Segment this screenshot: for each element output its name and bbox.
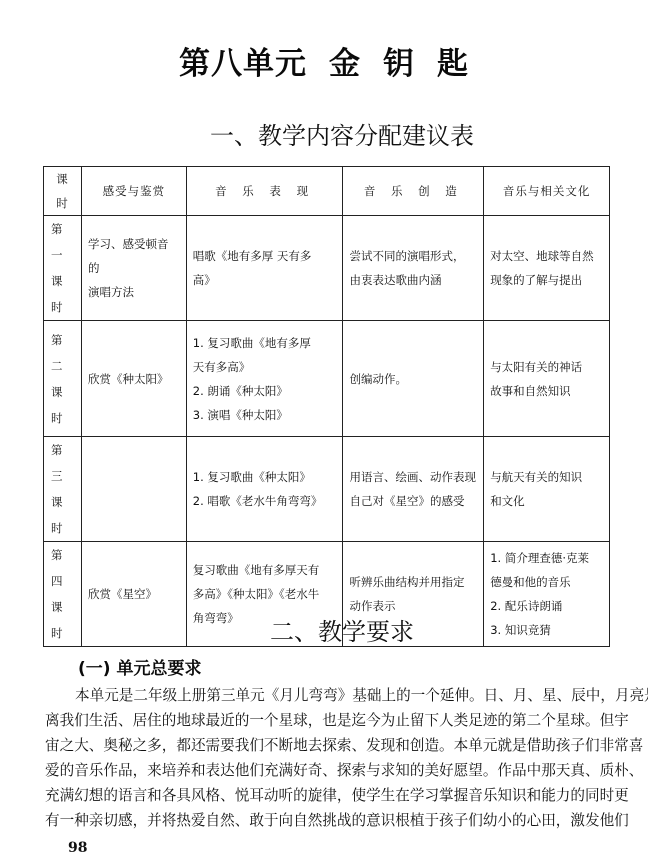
appreciation-cell: 学习、感受顿音的 演唱方法 (81, 216, 186, 321)
cell-line: 尝试不同的演唱形式， (349, 244, 477, 268)
cell-line: 演唱方法 (88, 280, 180, 304)
cell-line: 由衷表达歌曲内涵 (349, 268, 477, 292)
unit-title-char: 匙 (437, 46, 469, 82)
period-char: 二 (51, 353, 75, 379)
period-char: 课 (51, 489, 75, 515)
creation-cell: 尝试不同的演唱形式， 由衷表达歌曲内涵 (343, 216, 484, 321)
period-char: 第 (51, 437, 75, 463)
period-char: 时 (51, 515, 75, 541)
table-row: 第 三 课 时 1. 复习歌曲《种太阳》 2. 唱歌《老水牛角弯弯》 用语言、绘… (44, 437, 610, 542)
page-number: 98 (68, 840, 87, 856)
cell-line: 自己对《星空》的感受 (349, 489, 477, 513)
cell-line: 和文化 (490, 489, 603, 513)
cell-line: 1. 复习歌曲《种太阳》 (193, 465, 337, 489)
creation-cell: 用语言、绘画、动作表现 自己对《星空》的感受 (343, 437, 484, 542)
creation-cell: 创编动作。 (343, 321, 484, 437)
cell-line: 与太阳有关的神话 (490, 355, 603, 379)
column-header-period: 课时 (44, 167, 82, 216)
period-char: 课 (51, 379, 75, 405)
cell-line: 欣赏《种太阳》 (88, 367, 180, 391)
culture-cell: 与航天有关的知识 和文化 (484, 437, 610, 542)
cell-line: 天有多高》 (193, 355, 337, 379)
cell-line: 故事和自然知识 (490, 379, 603, 403)
cell-line: 多高》《种太阳》《老水牛 (193, 582, 337, 606)
cell-line: 现象的了解与提出 (490, 268, 603, 292)
table-row: 第 一 课 时 学习、感受顿音的 演唱方法 唱歌《地有多厚 天有多 高》 尝试不… (44, 216, 610, 321)
cell-line: 与航天有关的知识 (490, 465, 603, 489)
period-cell: 第 二 课 时 (44, 321, 82, 437)
period-char: 时 (51, 294, 75, 320)
paragraph-line: 宙之大、奥秘之多，都还需要我们不断地去探索、发现和创造。本单元就是借助孩子们非常… (45, 733, 613, 758)
cell-line: 2. 朗诵《种太阳》 (193, 379, 337, 403)
performance-cell: 1. 复习歌曲《地有多厚 天有多高》 2. 朗诵《种太阳》 3. 演唱《种太阳》 (186, 321, 343, 437)
column-header-performance: 音 乐 表 现 (186, 167, 343, 216)
body-paragraph: 本单元是二年级上册第三单元《月儿弯弯》基础上的一个延伸。日、月、星、辰中，月亮是… (45, 683, 613, 833)
cell-line: 学习、感受顿音的 (88, 232, 180, 280)
cell-line: 1. 复习歌曲《地有多厚 (193, 331, 337, 355)
cell-line: 1. 简介理查德·克莱 (490, 546, 603, 570)
cell-line: 唱歌《地有多厚 天有多 (193, 244, 337, 268)
column-header-culture: 音乐与相关文化 (484, 167, 610, 216)
column-header-appreciation: 感受与鉴赏 (81, 167, 186, 216)
paragraph-line: 有一种亲切感，并将热爱自然、敢于向自然挑战的意识根植于孩子们幼小的心田，激发他们 (45, 808, 613, 833)
cell-line: 听辨乐曲结构并用指定 (349, 570, 477, 594)
paragraph-line: 爱的音乐作品，来培养和表达他们充满好奇、探索与求知的美好愿望。作品中那天真、质朴… (45, 758, 613, 783)
cell-line: 3. 演唱《种太阳》 (193, 403, 337, 427)
cell-line: 用语言、绘画、动作表现 (349, 465, 477, 489)
table-row: 第 二 课 时 欣赏《种太阳》 1. 复习歌曲《地有多厚 天有多高》 2. 朗诵… (44, 321, 610, 437)
appreciation-cell: 欣赏《种太阳》 (81, 321, 186, 437)
unit-title-char: 钥 (383, 46, 415, 82)
period-char: 课 (51, 268, 75, 294)
lesson-allocation-table: 课时 感受与鉴赏 音 乐 表 现 音 乐 创 造 音乐与相关文化 第 一 课 时… (43, 166, 610, 647)
period-cell: 第 三 课 时 (44, 437, 82, 542)
period-char: 第 (51, 327, 75, 353)
period-char: 三 (51, 463, 75, 489)
performance-cell: 1. 复习歌曲《种太阳》 2. 唱歌《老水牛角弯弯》 (186, 437, 343, 542)
subsection-title-unit-requirements: (一) 单元总要求 (78, 654, 201, 679)
column-header-creation: 音 乐 创 造 (343, 167, 484, 216)
period-char: 时 (51, 405, 75, 431)
period-char: 一 (51, 242, 75, 268)
period-char: 四 (51, 568, 75, 594)
performance-cell: 唱歌《地有多厚 天有多 高》 (186, 216, 343, 321)
section-title-teaching-requirements: 二、教学要求 (18, 612, 648, 647)
section-title-allocation-table: 一、教学内容分配建议表 (18, 116, 648, 151)
cell-line: 2. 唱歌《老水牛角弯弯》 (193, 489, 337, 513)
unit-title-prefix: 第八单元 (179, 46, 307, 82)
paragraph-line: 充满幻想的语言和各具风格、悦耳动听的旋律，使学生在学习掌握音乐知识和能力的同时更 (45, 783, 613, 808)
paragraph-line: 离我们生活、居住的地球最近的一个星球，也是迄今为止留下人类足迹的第二个星球。但宇 (45, 708, 613, 733)
cell-line: 高》 (193, 268, 337, 292)
cell-line: 欣赏《星空》 (88, 582, 180, 606)
unit-title: 第八单元金钥匙 (0, 38, 648, 83)
period-char: 第 (51, 542, 75, 568)
period-cell: 第 一 课 时 (44, 216, 82, 321)
unit-title-char: 金 (329, 46, 361, 82)
cell-line: 复习歌曲《地有多厚天有 (193, 558, 337, 582)
period-char: 第 (51, 216, 75, 242)
table-header-row: 课时 感受与鉴赏 音 乐 表 现 音 乐 创 造 音乐与相关文化 (44, 167, 610, 216)
culture-cell: 对太空、地球等自然 现象的了解与提出 (484, 216, 610, 321)
cell-line: 创编动作。 (349, 367, 477, 391)
paragraph-line: 本单元是二年级上册第三单元《月儿弯弯》基础上的一个延伸。日、月、星、辰中，月亮是 (45, 683, 613, 708)
cell-line: 对太空、地球等自然 (490, 244, 603, 268)
culture-cell: 与太阳有关的神话 故事和自然知识 (484, 321, 610, 437)
cell-line: 德曼和他的音乐 (490, 570, 603, 594)
appreciation-cell (81, 437, 186, 542)
